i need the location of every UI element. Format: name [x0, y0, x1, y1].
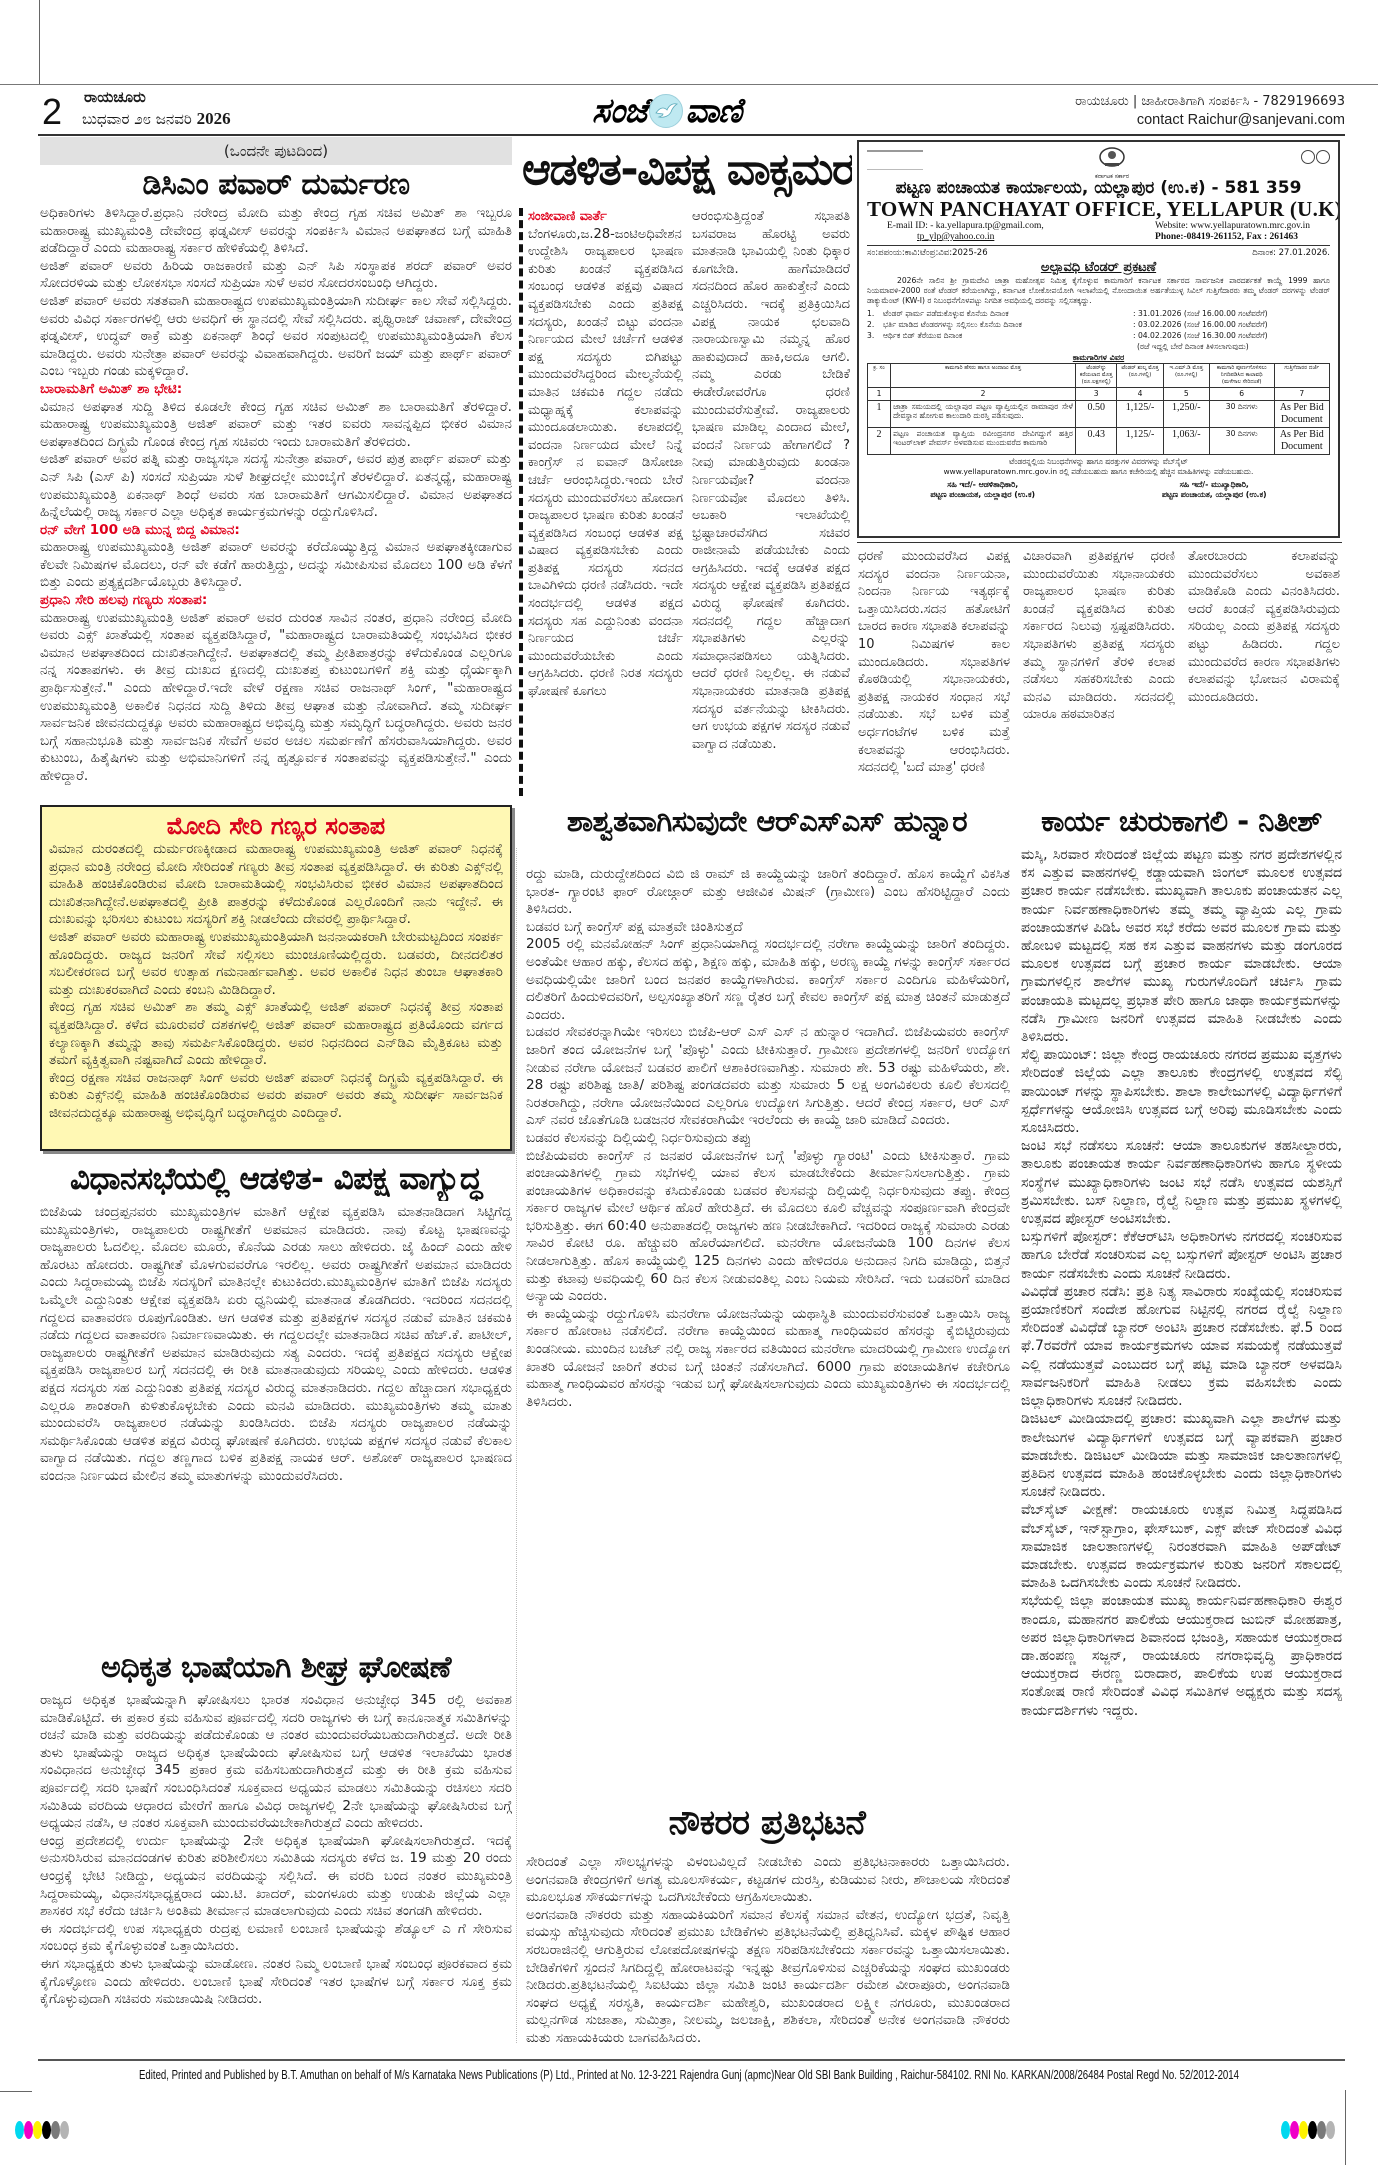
paragraph: ಅಜಿತ್ ಪವಾರ್ ಅವರು ಸತತವಾಗಿ ಮಹಾರಾಷ್ಟ್ರದ ಉಪಮ…	[40, 293, 512, 381]
page-number: 2	[42, 94, 62, 130]
registration-color-bar-right	[1281, 2121, 1335, 2139]
subheading: ಪ್ರಧಾನಿ ಸೇರಿ ಹಲವು ಗಣ್ಯರು ಸಂತಾಪ:	[40, 592, 512, 610]
magenta-dot	[1290, 2121, 1299, 2139]
paragraph: ಕೇಂದ್ರ ರಕ್ಷಣಾ ಸಚಿವ ರಾಜನಾಥ್ ಸಿಂಗ್ ಅವರು ಅಜ…	[49, 1070, 503, 1123]
paragraph: ಬಡವರ ಸೇವಕರನ್ನಾಗಿಯೇ ಇರಿಸಲು ಬಿಜೆಪಿ-ಆರ್ ಎಸ್…	[526, 1024, 1010, 1130]
yellow-dot	[33, 2121, 42, 2139]
condolence-box-body: ವಿಮಾನ ದುರಂತದಲ್ಲಿ ದುರ್ಮರಣಕ್ಕೀಡಾದ ಮಹಾರಾಷ್ಟ…	[49, 841, 503, 1141]
ad-date-item: 2.ಭರ್ತಿ ಮಾಡಿದ ಟೆಂಡರಗಳನ್ನು ಸಲ್ಲಿಸಲು ಕೊನೆಯ…	[867, 319, 1330, 330]
newspaper-logo: ಸಂಜೆ ವಾಣಿ	[592, 90, 741, 132]
ad-reference-row: ಸಂ:ಪಪಂಯ:ಕಾವಿ:ಟೆಂಪ್ರ:ವಿವ:2025-26 ದಿನಾಂಕ: …	[867, 248, 1330, 259]
light-gray-dot	[1326, 2121, 1335, 2139]
paragraph: ಬಿಜೆಪಿಯವರು ಕಾಂಗ್ರೆಸ್ ನ ಜನಪರ ಯೋಜನೆಗಳ ಬಗ್ಗ…	[526, 1148, 1010, 1306]
paragraph: ಅಧಿಕಾರಿಗಳು ತಿಳಿಸಿದ್ದಾರೆ.ಪ್ರಧಾನಿ ನರೇಂದ್ರ …	[40, 205, 512, 258]
ad-footer-note: ಟೆಂಡರನ್ನಲ್ಲಿಯ ನಿಬಂಧನೆಗಳನ್ನು ಹಾಗೂ ಷರತ್ತುಗ…	[867, 457, 1330, 477]
black-dot	[42, 2121, 51, 2139]
below-ad-col-1: ಧರಣೆ ಮುಂದುವರೆಸಿದ ವಿಪಕ್ಷ ಸದಸ್ಯರ ವಂದನಾ ನಿರ…	[858, 548, 1010, 796]
headline-official-language: ಅಧಿಕೃತ ಭಾಷೆಯಾಗಿ ಶೀಘ್ರ ಘೋಷಣೆ	[40, 1647, 512, 1689]
yellow-dot	[1299, 2121, 1308, 2139]
middle-article-body: ರದ್ದು ಮಾಡಿ, ದುರುದ್ದೇಶದಿಂದ ವಿಬಿ ಜಿ ರಾಮ್ ಜ…	[526, 866, 1010, 1778]
paragraph: ಸೆಲ್ಫಿ ಪಾಯಿಂಟ್: ಜಿಲ್ಲಾ ಕೇಂದ್ರ ರಾಯಚೂರು ನಗ…	[1021, 1046, 1342, 1137]
headline-rss-conspiracy: ಶಾಶ್ವತವಾಗಿಸುವುದೇ ಆರ್‌ಎಸ್‌ಎಸ್ ಹುನ್ನಾರ	[522, 801, 1012, 841]
ad-logo-row: ಕರ್ನಾಟಕ ಸರ್ಕಾರ	[867, 146, 1330, 178]
subheading: ಬಾರಾಮತಿಗೆ ಅಮಿತ್ ಶಾ ಭೇಟಿ:	[40, 381, 512, 399]
dove-icon	[649, 94, 683, 128]
table-column-number-row: 1 2 3 4 5 6 7	[868, 388, 1330, 401]
ad-email-2: tp_ylp@yahoo.co.in	[887, 232, 1044, 243]
logo-text-left: ಸಂಜೆ	[592, 91, 647, 131]
ad-contact-details: E-mail ID: - ka.yellapura.tp@gmail.com, …	[867, 221, 1330, 246]
right-article-body: ಮಸ್ಕಿ, ಸಿರವಾರ ಸೇರಿದಂತೆ ಜಿಲ್ಲೆಯ ಪಟ್ಟಣ ಮತ್…	[1021, 846, 1342, 2040]
paragraph: ಸೇರಿದಂತೆ ಎಲ್ಲಾ ಸೌಲಭ್ಯಗಳನ್ನು ವಿಳಂಬವಿಲ್ಲದೆ…	[526, 1854, 1010, 1907]
header-contact: ರಾಯಚೂರು | ಜಾಹೀರಾತಿಗಾಗಿ ಸಂಪರ್ಕಿಸಿ - 78291…	[925, 93, 1345, 129]
contact-email: contact Raichur@sanjevani.com	[925, 111, 1345, 129]
issue-date: ಬುಧವಾರ ೨೮ ಜನವರಿ 2026	[82, 109, 231, 129]
paragraph: ಬೆಂಗಳೂರು,ಜ.28-ಜಂಟಿಅಧಿವೇಶನ ಉದ್ದೇಶಿಸಿ ರಾಜ್…	[528, 226, 683, 701]
ad-phone: Phone:-08419-261152, Fax : 261463	[1155, 232, 1310, 243]
paragraph: ಬಡವರ ಬಗ್ಗೆ ಕಾಂಗ್ರೆಸ್ ಪಕ್ಷ ಮಾತ್ರವೇ ಚಿಂತಿಸ…	[526, 919, 1010, 937]
paragraph: ರದ್ದು ಮಾಡಿ, ದುರುದ್ದೇಶದಿಂದ ವಿಬಿ ಜಿ ರಾಮ್ ಜ…	[526, 866, 1010, 919]
paragraph: ಈ ಕಾಯ್ದೆಯನ್ನು ರದ್ದುಗೊಳಿಸಿ ಮನರೇಗಾ ಯೋಜನೆಯನ…	[526, 1306, 1010, 1412]
ad-date: ದಿನಾಂಕ: 27.01.2026.	[1252, 248, 1330, 259]
table-header-row: ಕ್ರ. ಸಂ ಕಾಮಗಾರಿ ಹೆಸರು ಹಾಗೂ ಅಂದಾಜು ಮೊತ್ತ …	[868, 364, 1330, 388]
headline-ruling-opposition-clash: ಆಡಳಿತ-ವಿಪಕ್ಷ ವಾಕ್ಸಮರ	[522, 138, 852, 202]
article-official-language-body: ರಾಜ್ಯದ ಅಧಿಕೃತ ಭಾಷೆಯನ್ನಾಗಿ ಘೋಷಿಸಲು ಭಾರತ ಸ…	[40, 1692, 512, 2042]
ad-website: Website: www.yellapuratown.mrc.gov.in	[1155, 221, 1310, 232]
ad-bottom-rule	[857, 542, 1342, 543]
subheading: ರನ್ ವೇಗೆ 100 ಅಡಿ ಮುನ್ನ ಬಿದ್ದ ವಿಮಾನ:	[40, 522, 512, 540]
ad-email: E-mail ID: - ka.yellapura.tp@gmail.com,	[887, 221, 1044, 232]
paragraph: ಮಸ್ಕಿ, ಸಿರವಾರ ಸೇರಿದಂತೆ ಜಿಲ್ಲೆಯ ಪಟ್ಟಣ ಮತ್…	[1021, 846, 1342, 1046]
table-row: 2 ಪಟ್ಟಣ ಪಂಚಾಯತ ವ್ಯಾಪ್ತಿಯ ರವೀಂದ್ರನಗರ ದೇವಿ…	[868, 427, 1330, 454]
table-row: 1 ಜಾತ್ರಾ ಸಮಯದಲ್ಲಿ ಯಲ್ಲಾಪುರ ಪಟ್ಟಣ ವ್ಯಾಪ್ತ…	[868, 400, 1330, 427]
ad-heading: ಅಲ್ಪಾವಧಿ ಟೆಂಡರ್ ಪ್ರಕಟಣೆ	[867, 259, 1330, 276]
signature-chief-officer: ಸಹಿ ಇದೆ/- ಮುಖ್ಯಾಧಿಕಾರಿ,ಪಟ್ಟಣ ಪಂಚಾಯತ, ಯಲ್…	[1162, 480, 1267, 500]
footer-rule	[38, 2059, 1345, 2061]
swachh-logo-icon	[1301, 150, 1330, 164]
headline-dcm-pawar: ಡಿಸಿಎಂ ಪವಾರ್ ದುರ್ಮರಣ	[40, 166, 512, 204]
logo-text-right: ವಾಣಿ	[685, 91, 741, 131]
condolence-box: ಮೋದಿ ಸೇರಿ ಗಣ್ಯರ ಸಂತಾಪ ವಿಮಾನ ದುರಂತದಲ್ಲಿ ದ…	[40, 805, 512, 1151]
paragraph: ಆಂಧ್ರ ಪ್ರದೇಶದಲ್ಲಿ ಉರ್ದು ಭಾಷೆಯನ್ನು 2ನೇ ಅಧ…	[40, 1833, 512, 1921]
masthead-bottom-rule	[38, 134, 1345, 136]
paragraph: ಜಂಟಿ ಸಭೆ ನಡೆಸಲು ಸೂಚನೆ: ಆಯಾ ತಾಲೂಕುಗಳ ತಹಸೀ…	[1021, 1137, 1342, 1228]
paragraph: ಬಡವರ ಕೆಲಸವನ್ನು ದಿಲ್ಲಿಯಲ್ಲಿ ನಿರ್ಧರಿಸುವುದು…	[526, 1130, 1010, 1148]
paragraph: ಅಂಗನವಾಡಿ ನೌಕರರು ಮತ್ತು ಸಹಾಯಕಿಯರಿಗೆ ಸಮಾನ ಕ…	[526, 1907, 1010, 2042]
crop-mark-bottom-right	[1345, 2090, 1346, 2165]
emblem: ಕರ್ನಾಟಕ ಸರ್ಕಾರ	[1095, 146, 1129, 180]
paragraph: ರಾಜ್ಯದ ಅಧಿಕೃತ ಭಾಷೆಯನ್ನಾಗಿ ಘೋಷಿಸಲು ಭಾರತ ಸ…	[40, 1692, 512, 1833]
printer-imprint: Edited, Printed and Published by B.T. Am…	[105, 2067, 1273, 2082]
paragraph: 2005 ರಲ್ಲಿ ಮನಮೋಹನ್ ಸಿಂಗ್ ಪ್ರಧಾನಿಯಾಗಿದ್ದ …	[526, 936, 1010, 1024]
paragraph: ವಿವಿಧೆಡೆ ಪ್ರಚಾರ ನಡೆಸಿ: ಪ್ರತಿ ನಿತ್ಯ ಸಾವಿರ…	[1021, 1283, 1342, 1410]
employees-protest-body: ಸೇರಿದಂತೆ ಎಲ್ಲಾ ಸೌಲಭ್ಯಗಳನ್ನು ವಿಳಂಬವಿಲ್ಲದೆ…	[526, 1854, 1010, 2042]
light-gray-dot	[60, 2121, 69, 2139]
paragraph: ಕೇಂದ್ರ ಗೃಹ ಸಚಿವ ಅಮಿತ್ ಶಾ ತಮ್ಮ ಎಕ್ಸ್ ಖಾತೆ…	[49, 999, 503, 1069]
edition-city: ರಾಯಚೂರು	[84, 88, 146, 106]
article-dcm-pawar-body: ಅಧಿಕಾರಿಗಳು ತಿಳಿಸಿದ್ದಾರೆ.ಪ್ರಧಾನಿ ನರೇಂದ್ರ …	[40, 205, 512, 797]
headline-employees-protest: ನೌಕರರ ಪ್ರತಿಭಟನೆ	[522, 1800, 1012, 1846]
ad-date-item: 1.ಟೆಂಡರ್ ಫಾರ್ಮ ಪಡೆದುಕೊಳ್ಳುವ ಕೊನೆಯ ದಿನಾಂಕ…	[867, 308, 1330, 319]
condolence-box-title: ಮೋದಿ ಸೇರಿ ಗಣ್ಯರ ಸಂತಾಪ	[49, 811, 503, 841]
paragraph: ಆರಂಭಿಸುತ್ತಿದ್ದಂತೆ ಸಭಾಪತಿ ಬಸವರಾಜ ಹೊರಟ್ಟಿ …	[692, 208, 850, 753]
state-emblem-icon	[1095, 146, 1129, 168]
ad-signatures: ಸಹಿ ಇದೆ/- ಆಡಳಿತಾಧಿಕಾರಿ,ಪಟ್ಟಣ ಪಂಚಾಯತ, ಯಲ್…	[867, 480, 1330, 500]
paragraph: ಡಿಜಿಟಲ್ ಮೀಡಿಯಾದಲ್ಲಿ ಪ್ರಚಾರ: ಮುಖ್ಯವಾಗಿ ಎಲ…	[1021, 1410, 1342, 1501]
registration-color-bar-left	[15, 2121, 69, 2139]
paragraph: ವೆಬ್‌ಸೈಟ್ ವೀಕ್ಷಣೆ: ರಾಯಚೂರು ಉತ್ಸವ ನಿಮಿತ್ತ…	[1021, 1501, 1342, 1592]
tender-advertisement: ಕರ್ನಾಟಕ ಸರ್ಕಾರ ಪಟ್ಟಣ ಪಂಚಾಯತ ಕಾರ್ಯಾಲಯ, ಯಲ…	[857, 140, 1340, 538]
byline: ಸಂಜೀವಾಣಿ ವಾರ್ತೆ	[528, 208, 683, 226]
paragraph: ಸಭೆಯಲ್ಲಿ ಜಿಲ್ಲಾ ಪಂಚಾಯತ ಮುಖ್ಯ ಕಾರ್ಯನಿರ್ವಹ…	[1021, 1592, 1342, 1719]
top-trim-rule	[0, 84, 1378, 85]
paragraph: ಅಜಿತ್ ಪವಾರ್ ಅವರ ಪತ್ನಿ ಮತ್ತು ರಾಜ್ಯಸಭಾ ಸದಸ…	[40, 451, 512, 521]
ad-office-title-en: TOWN PANCHAYAT OFFICE, YELLAPUR (U.K) - …	[867, 198, 1330, 221]
paragraph: ಅಜಿತ್ ಪವಾರ್ ಅವರು ಮಹಾರಾಷ್ಟ್ರ ಉಪಮುಖ್ಯಮಂತ್ರ…	[49, 929, 503, 999]
paragraph: ಬಿಜೆಪಿಯ ಚಂದ್ರಪ್ಪನವರು ಮುಖ್ಯಮಂತ್ರಿಗಳ ಮಾತಿಗ…	[40, 1204, 512, 1486]
paragraph: ಈಗ ಸಭಾಧ್ಯಕ್ಷರು ತುಳು ಭಾಷೆಯನ್ನು ಮಾಡೋಣ. ನಂತ…	[40, 1956, 512, 2009]
issue-date-year: 2026	[197, 109, 231, 128]
headline-work-speed-up-nitish: ಕಾರ್ಯ ಚುರುಕಾಗಲಿ - ನಿತೀಶ್	[1018, 801, 1345, 841]
signature-administrator: ಸಹಿ ಇದೆ/- ಆಡಳಿತಾಧಿಕಾರಿ,ಪಟ್ಟಣ ಪಂಚಾಯತ, ಯಲ್…	[930, 480, 1035, 500]
ad-office-title-kn: ಪಟ್ಟಣ ಪಂಚಾಯತ ಕಾರ್ಯಾಲಯ, ಯಲ್ಲಾಪುರ (ಉ.ಕ) - …	[867, 178, 1330, 198]
article-assembly-body: ಬಿಜೆಪಿಯ ಚಂದ್ರಪ್ಪನವರು ಮುಖ್ಯಮಂತ್ರಿಗಳ ಮಾತಿಗ…	[40, 1204, 512, 1644]
middle-top-col-2: ಆರಂಭಿಸುತ್ತಿದ್ದಂತೆ ಸಭಾಪತಿ ಬಸವರಾಜ ಹೊರಟ್ಟಿ …	[692, 208, 850, 796]
paragraph: ವಿಮಾನ ಅಪಘಾತ ಸುದ್ದಿ ತಿಳಿದ ಕೂಡಲೇ ಕೇಂದ್ರ ಗೃ…	[40, 399, 512, 452]
paragraph: ಬಸ್ಸುಗಳಿಗೆ ಪೋಸ್ಟರ್: ಕೆಕೆಆರ್‌ಟಿಸಿ ಅಧಿಕಾರಿ…	[1021, 1228, 1342, 1283]
ad-ref-number: ಸಂ:ಪಪಂಯ:ಕಾವಿ:ಟೆಂಪ್ರ:ವಿವ:2025-26	[867, 248, 988, 259]
crop-mark-top-left	[39, 0, 40, 84]
middle-top-col-1: ಸಂಜೀವಾಣಿ ವಾರ್ತೆ ಬೆಂಗಳೂರು,ಜ.28-ಜಂಟಿಅಧಿವೇಶ…	[528, 208, 683, 796]
ad-table-caption: ಕಾಮಗಾರಿಗಳ ವಿವರ	[867, 352, 1330, 363]
town-logo-icon	[867, 150, 923, 170]
issue-date-kn: ಬುಧವಾರ ೨೮ ಜನವರಿ	[82, 110, 192, 128]
paragraph: ಮಹಾರಾಷ್ಟ್ರ ಉಪಮುಖ್ಯಮಂತ್ರಿ ಅಜಿತ್ ಪವಾರ್ ಅವರ…	[40, 610, 512, 786]
below-ad-col-2: ವಿಚಾರವಾಗಿ ಪ್ರತಿಪಕ್ಷಗಳ ಧರಣಿ ಮುಂದುವರೆಯಿತು …	[1023, 548, 1175, 796]
cyan-dot	[15, 2121, 24, 2139]
crop-mark-bottom-left	[0, 2091, 32, 2092]
paragraph: ವಿಮಾನ ದುರಂತದಲ್ಲಿ ದುರ್ಮರಣಕ್ಕೀಡಾದ ಮಹಾರಾಷ್ಟ…	[49, 841, 503, 929]
ad-dates-note: (ರಜೆ ಇದ್ದಲ್ಲಿ ಬೇರೆ ದಿನಾಂಕ ತಿಳಿಸಲಾಗುವುದು)	[867, 341, 1330, 352]
continued-from-page-one: (ಒಂದನೇ ಪುಟದಿಂದ)	[40, 137, 512, 165]
ad-works-table: ಕ್ರ. ಸಂ ಕಾಮಗಾರಿ ಹೆಸರು ಹಾಗೂ ಅಂದಾಜು ಮೊತ್ತ …	[867, 363, 1330, 455]
magenta-dot	[24, 2121, 33, 2139]
ad-date-item: 3.ಆರ್ಥಿಕ ಬಿಡ್ ತೆರೆಯುವ ದಿನಾಂಕ: 04.02.2026…	[867, 330, 1330, 341]
gray-dot	[1317, 2121, 1326, 2139]
headline-assembly-war-of-words: ವಿಧಾನಸಭೆಯಲ್ಲಿ ಆಡಳಿತ- ವಿಪಕ್ಷ ವಾಗ್ಯುದ್ಧ	[40, 1157, 512, 1201]
gray-dot	[51, 2121, 60, 2139]
paragraph: ಅಜಿತ್ ಪವಾರ್ ಅವರು ಹಿರಿಯ ರಾಜಕಾರಣಿ ಮತ್ತು ಎನ…	[40, 258, 512, 293]
column-dotted-rule	[516, 848, 517, 2043]
ad-contact-line: ರಾಯಚೂರು | ಜಾಹೀರಾತಿಗಾಗಿ ಸಂಪರ್ಕಿಸಿ - 78291…	[925, 93, 1345, 111]
paragraph: ಈ ಸಂದರ್ಭದಲ್ಲಿ ಉಪ ಸಭಾಧ್ಯಕ್ಷರು ರುದ್ರಪ್ಪ ಲಮ…	[40, 1921, 512, 1956]
paragraph: ಮಹಾರಾಷ್ಟ್ರ ಉಪಮುಖ್ಯಮಂತ್ರಿ ಅಜಿತ್ ಪವಾರ್ ಅವರ…	[40, 539, 512, 592]
below-ad-col-3: ತೋರಬಾರದು ಕಲಾಪವನ್ನು ಮುಂದುವರೆಸಲು ಅವಕಾಶ ಮಾಡ…	[1188, 548, 1340, 796]
ad-dates-list: 1.ಟೆಂಡರ್ ಫಾರ್ಮ ಪಡೆದುಕೊಳ್ಳುವ ಕೊನೆಯ ದಿನಾಂಕ…	[867, 308, 1330, 352]
black-dot	[1308, 2121, 1317, 2139]
ad-paragraph: 2026ನೇ ಸಾಲಿನ ಶ್ರೀ ಗ್ರಾಮದೇವಿ ಜಾತ್ರಾ ಮಹೋತ್…	[867, 276, 1330, 306]
cyan-dot	[1281, 2121, 1290, 2139]
column-dashed-rule	[519, 208, 523, 796]
